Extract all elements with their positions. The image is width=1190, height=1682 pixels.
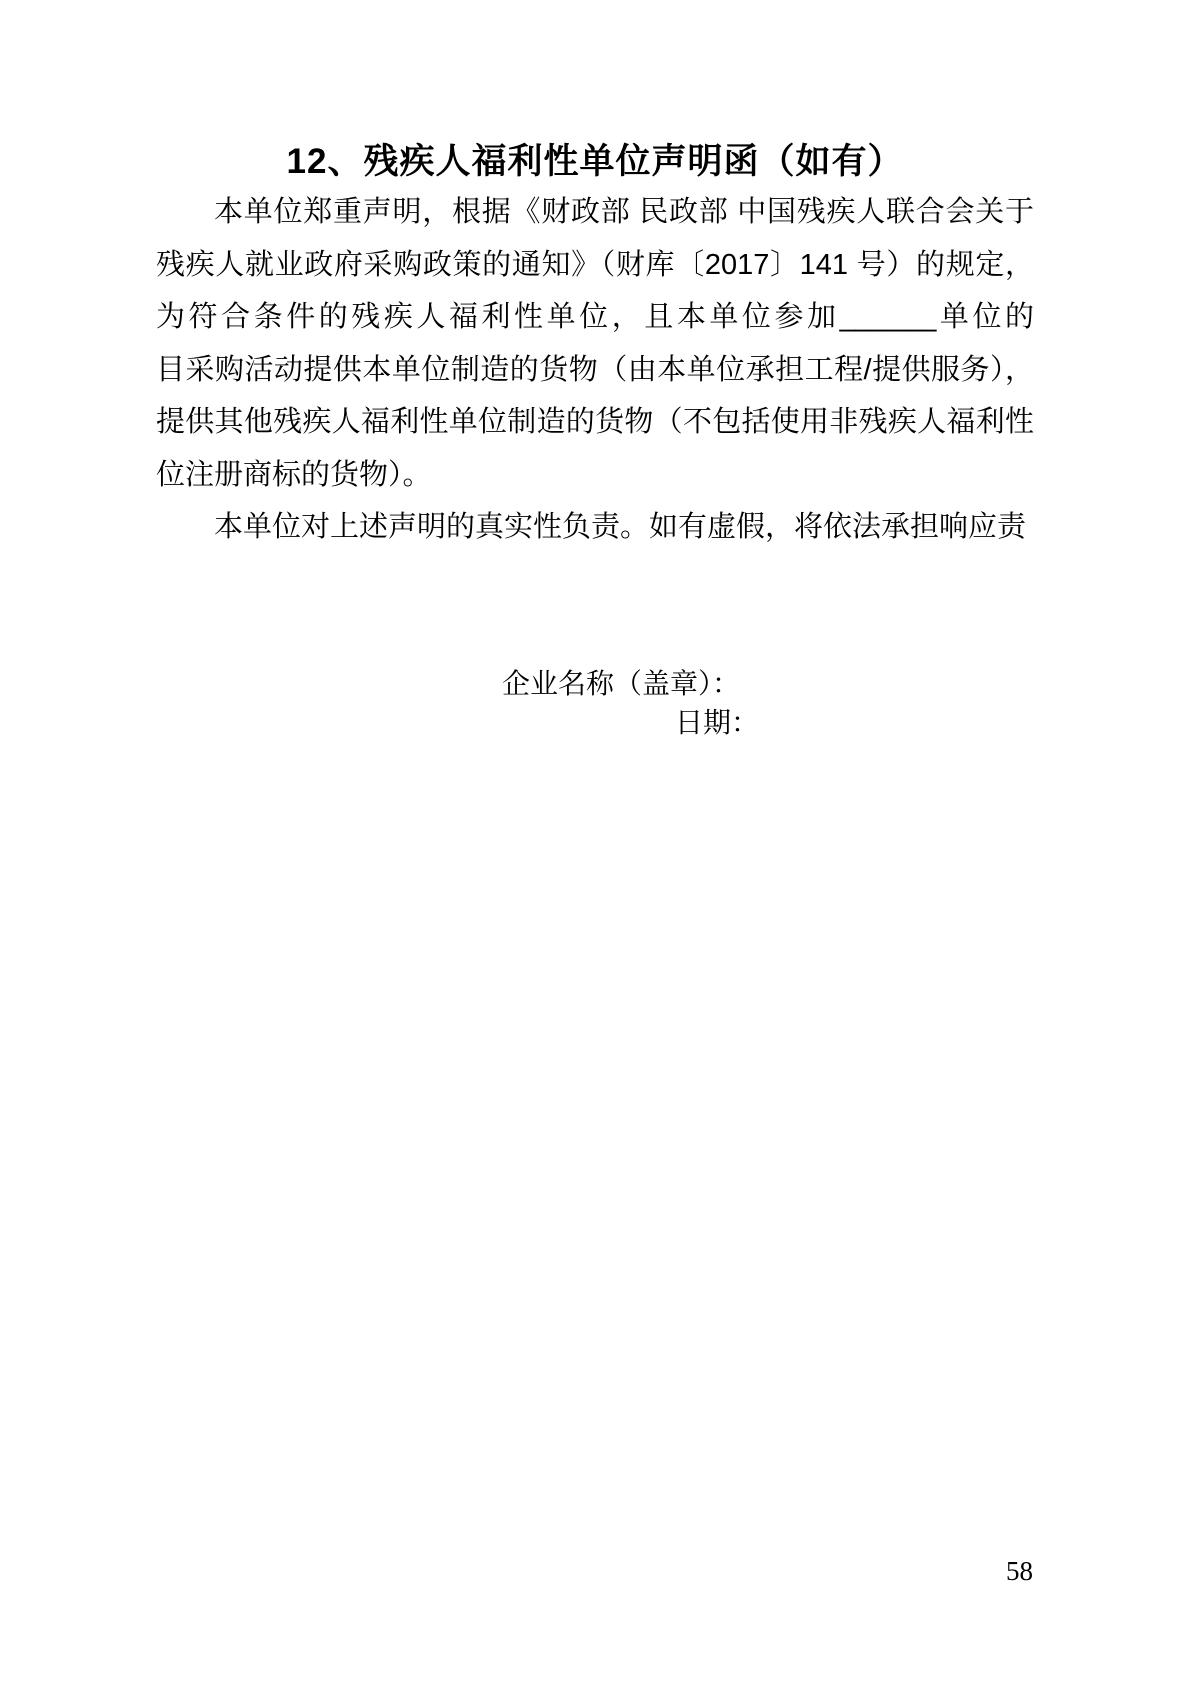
body-line-5: 提供其他残疾人福利性单位制造的货物（不包括使用非残疾人福利性单 <box>156 396 1034 449</box>
company-seal-label: 企业名称（盖章）： <box>502 668 740 700</box>
body-line-4: 目采购活动提供本单位制造的货物（由本单位承担工程/提供服务），或者 <box>156 344 1034 397</box>
document-title: 12、残疾人福利性单位声明函（如有） <box>156 142 1034 182</box>
body-line-1: 本单位郑重声明，根据《财政部 民政部 中国残疾人联合会关于促进 <box>156 186 1034 239</box>
body-line-2: 残疾人就业政府采购政策的通知》（财库〔2017〕141 号）的规定，本单位 <box>156 239 1034 292</box>
body-line-3: 为符合条件的残疾人福利性单位，且本单位参加______单位的______项 <box>156 291 1034 344</box>
body-line-7: 本单位对上述声明的真实性负责。如有虚假，将依法承担响应责任。 <box>156 501 1034 554</box>
document-body: 本单位郑重声明，根据《财政部 民政部 中国残疾人联合会关于促进 残疾人就业政府采… <box>156 186 1034 554</box>
body-line-6: 位注册商标的货物）。 <box>156 449 1034 502</box>
date-label: 日期： <box>675 707 759 739</box>
document-page: 12、残疾人福利性单位声明函（如有） 本单位郑重声明，根据《财政部 民政部 中国… <box>0 0 1190 1682</box>
page-number: 58 <box>1006 1556 1033 1586</box>
